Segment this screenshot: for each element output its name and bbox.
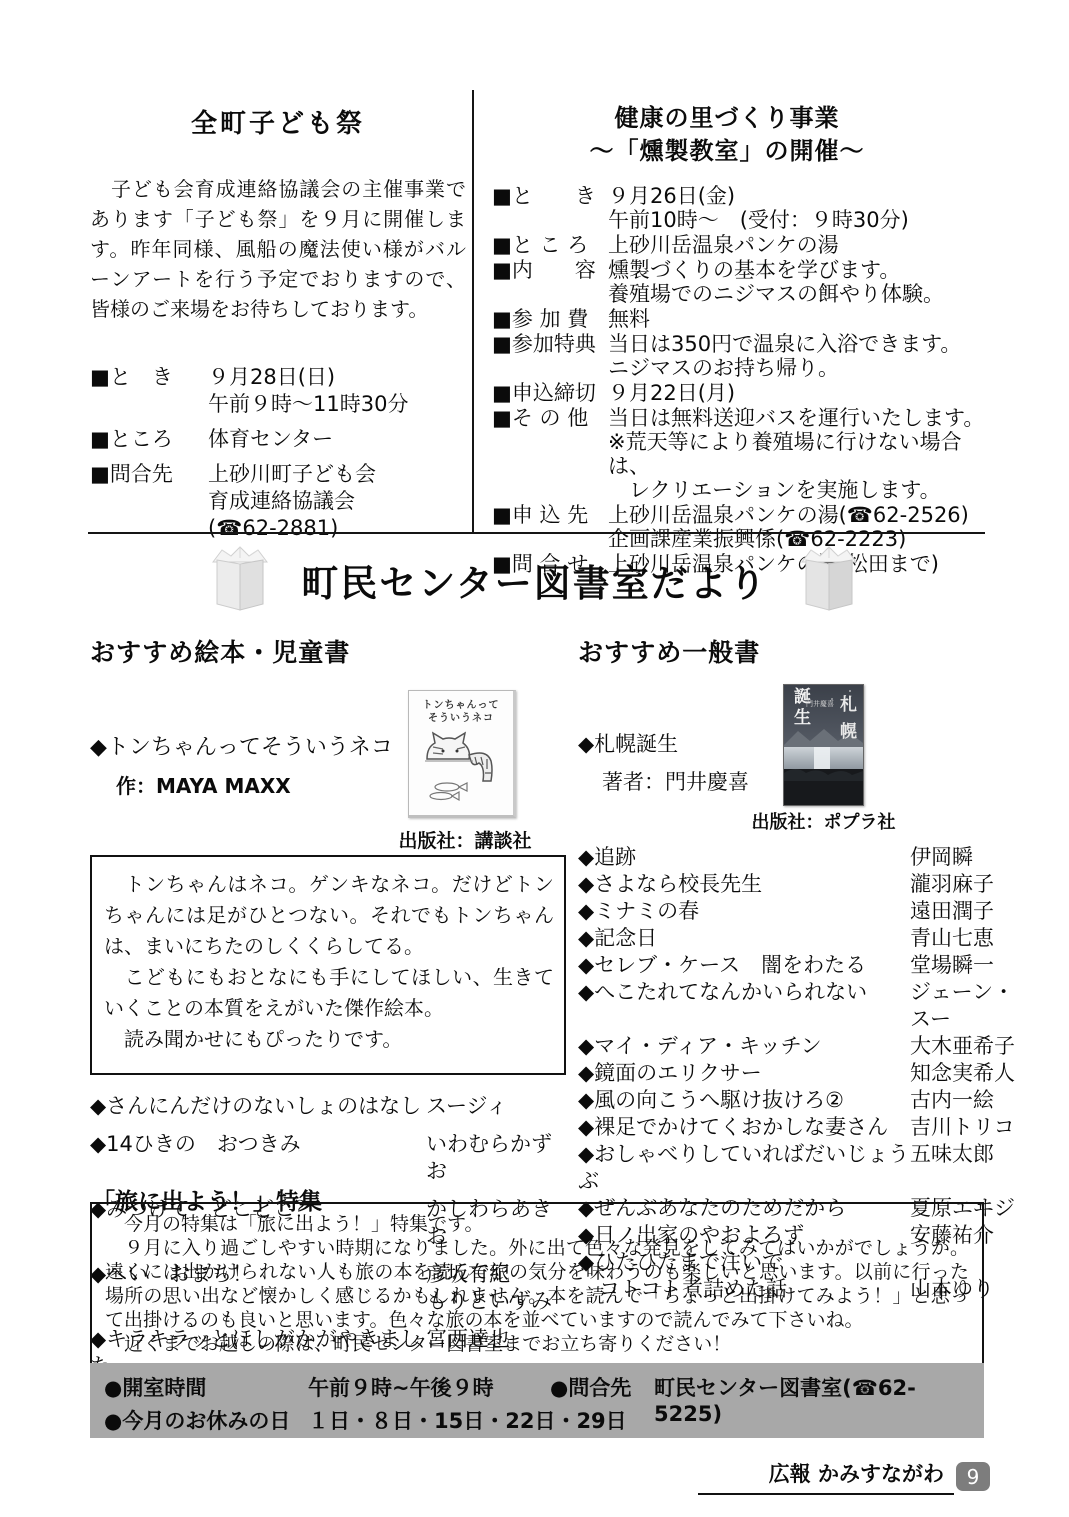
cover-title-line1: トンちゃんって	[409, 699, 513, 712]
book-author: 伊岡瞬	[910, 844, 973, 871]
detail-label: ■参 加 費	[492, 307, 608, 331]
detail-value: 無料	[608, 307, 650, 331]
detail-value: 上砂川岳温泉パンケの湯	[608, 233, 839, 257]
detail-row: ■ところ 体育センター	[90, 426, 466, 453]
book-author: 青山七恵	[910, 925, 994, 952]
book-row: ◆マイ・ディア・キッチン 大木亜希子	[578, 1033, 1018, 1060]
book-author: 遠田潤子	[910, 898, 994, 925]
children-festival-details: ■と き ９月28日(日) 午前９時～11時30分 ■ところ 体育センター ■問…	[90, 364, 466, 542]
hours-value: 午前９時~午後９時	[308, 1372, 494, 1402]
book-row: ◆さよなら校長先生 瀧羽麻子	[578, 871, 1018, 898]
book-author: 堂場瞬一	[910, 952, 994, 979]
picture-books-featured: ◆トンちゃんってそういうネコ 作：MAYA MAXX トンちゃんって そういうネ…	[90, 690, 568, 855]
book-author: いわむらかずお	[426, 1131, 568, 1185]
detail-value: 上砂川町子ども会 育成連絡協議会 (☎62-2881)	[208, 461, 376, 542]
info-bar-row: ●開室時間 午前９時~午後９時 ●問合先 町民センター図書室(☎62-5225)	[102, 1372, 972, 1405]
book-cover-tonchan: トンちゃんって そういうネコ	[408, 690, 516, 818]
info-bar-row: ●今月のお休みの日 １日・８日・15日・22日・29日	[102, 1405, 972, 1438]
book-title: ◆さんにんだけのないしょのはなし	[90, 1093, 426, 1120]
book-title: ◆記念日	[578, 925, 910, 952]
general-books-column: おすすめ一般書 ◆札幌誕生 著者：門井慶喜	[578, 612, 1018, 1303]
book-title: ◆追跡	[578, 844, 910, 871]
book-row: ◆風の向こうへ駆け抜けろ② 古内一絵	[578, 1087, 1018, 1114]
detail-value: 体育センター	[208, 426, 333, 453]
book-author: ジェーン・ スー	[910, 979, 1014, 1033]
cover-title-line2: そういうネコ	[409, 712, 513, 725]
detail-row: ■申込締切 ９月22日(月)	[492, 381, 992, 405]
book-author: 大木亜希子	[910, 1033, 1015, 1060]
detail-row: ■と こ ろ 上砂川岳温泉パンケの湯	[492, 233, 992, 257]
detail-row: ■と き ９月26日(金) 午前10時～ (受付：９時30分)	[492, 184, 992, 232]
book-row: ◆鏡面のエリクサー 知念実希人	[578, 1060, 1018, 1087]
book-row: ◆記念日 青山七恵	[578, 925, 1018, 952]
detail-value: ９月28日(日) 午前９時～11時30分	[208, 364, 408, 418]
book-title: ◆さよなら校長先生	[578, 871, 910, 898]
book-row: ◆セレブ・ケース 闇をわたる 堂場瞬一	[578, 952, 1018, 979]
library-banner: 町民センター図書室だより	[0, 544, 1069, 616]
detail-value: 当日は350円で温泉に入浴できます。 ニジマスのお持ち帰り。	[608, 332, 961, 380]
book-author: 古内一絵	[910, 1087, 994, 1114]
picture-books-heading: おすすめ絵本・児童書	[90, 633, 568, 669]
library-section-title: 町民センター図書室だより	[301, 553, 768, 607]
hours-label: ●開室時間	[104, 1372, 206, 1402]
featured-book-title: ◆トンちゃんってそういうネコ	[90, 730, 393, 761]
book-row: ◆へこたれてなんかいられない ジェーン・ スー	[578, 979, 1018, 1033]
contact-label: ●問合先	[550, 1372, 631, 1402]
detail-label: ■と き	[492, 184, 608, 232]
travel-special-box: 今月の特集は「旅に出よう！」特集です。 ９月に入り過ごしやすい時期になりました。…	[90, 1202, 984, 1368]
detail-row: ■問合先 上砂川町子ども会 育成連絡協議会 (☎62-2881)	[90, 461, 466, 542]
column-divider	[472, 90, 474, 533]
detail-label: ■そ の 他	[492, 406, 608, 502]
publisher-caption: 出版社：講談社	[390, 826, 540, 853]
section-divider	[88, 532, 985, 534]
closed-days-value: １日・８日・15日・22日・29日	[308, 1405, 627, 1435]
picture-book-description-box: トンちゃんはネコ。ゲンキなネコ。だけどトンちゃんには足がひとつない。それでもトン…	[90, 855, 566, 1075]
book-author: 知念実希人	[910, 1060, 1015, 1087]
detail-row: ■と き ９月28日(日) 午前９時～11時30分	[90, 364, 466, 418]
cover-vertical-text-right: 札幌	[834, 695, 859, 749]
detail-label: ■ところ	[90, 426, 208, 453]
featured-book-author: 著者：門井慶喜	[602, 766, 749, 796]
general-books-heading: おすすめ一般書	[578, 633, 1018, 669]
book-row: ◆14ひきの おつきみ いわむらかずお	[90, 1131, 568, 1185]
detail-row: ■参 加 費 無料	[492, 307, 992, 331]
page-footer: 広報 かみすながわ 9	[698, 1458, 990, 1495]
smoking-class-title-line1: 健康の里づくり事業	[615, 104, 840, 132]
cat-illustration	[413, 788, 509, 807]
book-title: ◆へこたれてなんかいられない	[578, 979, 910, 1033]
open-book-icon	[798, 544, 860, 616]
book-title: ◆マイ・ディア・キッチン	[578, 1033, 910, 1060]
detail-label: ■と こ ろ	[492, 233, 608, 257]
publisher-caption: 出版社：ポプラ社	[746, 808, 901, 834]
detail-label: ■と き	[90, 364, 208, 418]
book-row: ◆追跡 伊岡瞬	[578, 844, 1018, 871]
children-festival-article: 全町子ども祭 子ども会育成連絡協議会の主催事業であります「子ども祭」を９月に開催…	[90, 86, 466, 550]
detail-value: 燻製づくりの基本を学びます。 養殖場でのニジマスの餌やり体験。	[608, 258, 944, 306]
book-row: ◆ミナミの春 遠田潤子	[578, 898, 1018, 925]
book-title: ◆風の向こうへ駆け抜けろ②	[578, 1087, 910, 1114]
publication-title: 広報 かみすながわ	[698, 1458, 954, 1495]
detail-label: ■参加特典	[492, 332, 608, 380]
detail-label: ■内 容	[492, 258, 608, 306]
children-festival-title: 全町子ども祭	[90, 103, 466, 140]
book-author: 瀧羽麻子	[910, 871, 994, 898]
detail-row: ■内 容 燻製づくりの基本を学びます。 養殖場でのニジマスの餌やり体験。	[492, 258, 992, 306]
book-title: ◆鏡面のエリクサー	[578, 1060, 910, 1087]
book-title: ◆セレブ・ケース 闇をわたる	[578, 952, 910, 979]
detail-value: 当日は無料送迎バスを運行いたします。 ※荒天等により養殖場に行けない場合は、 レ…	[608, 406, 992, 502]
book-author: 五味太郎	[910, 1141, 994, 1195]
book-cover-sapporo: 誕生 札幌 門井慶喜	[783, 684, 864, 806]
detail-value: ９月26日(金) 午前10時～ (受付：９時30分)	[608, 184, 909, 232]
featured-book-title: ◆札幌誕生	[578, 728, 678, 758]
book-title: ◆おしゃべりしていればだいじょうぶ	[578, 1141, 910, 1195]
book-author: スージィ	[426, 1093, 507, 1120]
detail-row: ■そ の 他 当日は無料送迎バスを運行いたします。 ※荒天等により養殖場に行けな…	[492, 406, 992, 502]
page-number-badge: 9	[956, 1462, 990, 1491]
book-row: ◆おしゃべりしていればだいじょうぶ 五味太郎	[578, 1141, 1018, 1195]
children-festival-body: 子ども会育成連絡協議会の主催事業であります「子ども祭」を９月に開催します。昨年同…	[90, 174, 466, 324]
detail-label: ■申込締切	[492, 381, 608, 405]
smoking-class-title-line2: ～「燻製教室」の開催～	[590, 137, 865, 165]
book-row: ◆さんにんだけのないしょのはなし スージィ	[90, 1093, 568, 1120]
library-info-bar: ●開室時間 午前９時~午後９時 ●問合先 町民センター図書室(☎62-5225)…	[90, 1363, 984, 1438]
book-title: ◆14ひきの おつきみ	[90, 1131, 426, 1185]
smoking-class-article: 健康の里づくり事業 ～「燻製教室」の開催～ ■と き ９月26日(金) 午前10…	[492, 86, 992, 577]
book-author: 吉川トリコ	[910, 1114, 1015, 1141]
book-title: ◆裸足でかけてくおかしな妻さん	[578, 1114, 910, 1141]
smoking-class-title: 健康の里づくり事業 ～「燻製教室」の開催～	[492, 102, 962, 168]
smoking-class-details: ■と き ９月26日(金) 午前10時～ (受付：９時30分) ■と こ ろ 上…	[492, 184, 992, 576]
detail-label: ■問合先	[90, 461, 208, 542]
cover-author-text: 門井慶喜	[806, 699, 834, 709]
detail-value: ９月22日(月)	[608, 381, 735, 405]
book-title: ◆ミナミの春	[578, 898, 910, 925]
book-row: ◆裸足でかけてくおかしな妻さん 吉川トリコ	[578, 1114, 1018, 1141]
general-books-featured: ◆札幌誕生 著者：門井慶喜 誕生	[578, 690, 1018, 838]
closed-days-label: ●今月のお休みの日	[104, 1405, 290, 1435]
open-book-icon	[209, 544, 271, 616]
featured-book-author: 作：MAYA MAXX	[116, 770, 291, 799]
detail-row: ■参加特典 当日は350円で温泉に入浴できます。 ニジマスのお持ち帰り。	[492, 332, 992, 380]
